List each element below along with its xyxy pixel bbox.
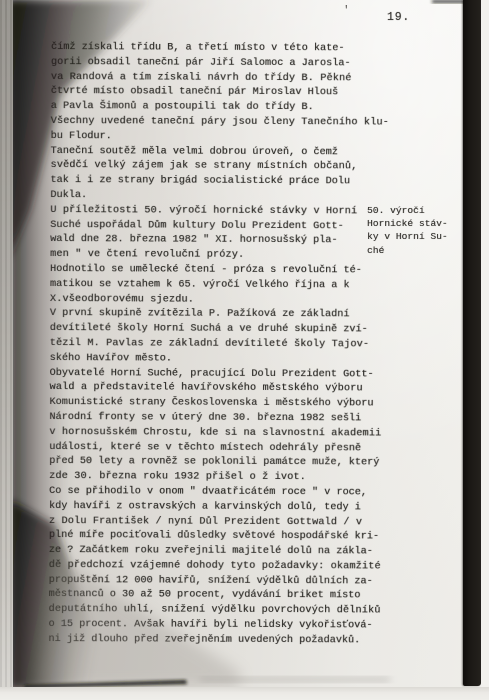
- body-text-line: ni již dlouho před zveřejněním uvedených…: [48, 633, 393, 649]
- body-text-line: V první skupině zvítězila P. Pažíková ze…: [50, 307, 395, 323]
- body-text-line: městnanců o 30 až 50 procent, vydávání b…: [49, 588, 394, 604]
- margin-note: 50. výročíHornické stáv-ky v Horní Su-ch…: [367, 204, 448, 257]
- margin-note-line: ky v Horní Su-: [367, 230, 448, 243]
- body-text-line: kdy havíři z ostravských a karvinských d…: [49, 500, 394, 516]
- body-text-line: matikou se vztahem k 65. výročí Velkého …: [50, 278, 395, 294]
- body-text-line: gorii obsadil taneční pár Jiří Salomoc a…: [51, 56, 396, 72]
- body-text-line: ze ? Začátkem roku zveřejnili majitelé d…: [49, 544, 394, 560]
- body-text-line: Národní fronty se v úterý dne 30. března…: [49, 411, 394, 427]
- body-text-line: události, které se v těchto místech odeh…: [49, 441, 394, 457]
- body-text-line: va Randová a tím získali návrh do třídy …: [51, 71, 396, 87]
- body-text-line: devítileté školy Horní Suchá a ve druhé …: [50, 322, 395, 338]
- body-text-line: Hodnotilo se umělecké čtení - próza s re…: [50, 263, 395, 279]
- margin-note-line: ché: [367, 244, 448, 257]
- body-text-line: Taneční soutěž měla velmi dobrou úroveň,…: [50, 145, 395, 161]
- body-text-line: z Dolu František / nyní Důl Prezident Go…: [49, 514, 394, 530]
- scanned-document-page: 19. čímž získali třídu B, a třetí místo …: [0, 0, 489, 700]
- body-text-line: tak i i ze strany brigád socialistické p…: [50, 174, 395, 190]
- body-text-line: Obyvatelé Horní Suché, pracující Dolu Pr…: [50, 367, 395, 383]
- body-text-line: ského Havířov město.: [50, 352, 395, 368]
- body-text-line: a Pavla Šimonů a postoupili tak do třídy…: [51, 100, 396, 116]
- body-text-line: bu Flodur.: [51, 130, 396, 146]
- scan-black-bar: [463, 0, 481, 686]
- body-text-line: Všechny uvedené taneční páry jsou členy …: [51, 115, 396, 131]
- body-text-line: deputátního uhlí, snížení výdělku povrch…: [48, 603, 393, 619]
- body-text-line: čtvrté místo obsadil taneční pár Mirosla…: [51, 85, 396, 101]
- scanner-bed-left-edge: [0, 0, 13, 687]
- body-text-line: Co se přihodilo v onom " dvaatřicátém ro…: [49, 485, 394, 501]
- body-text: čímž získali třídu B, a třetí místo v té…: [48, 41, 396, 649]
- body-text-line: wald a představitelé havířovského městsk…: [49, 381, 394, 397]
- body-text-line: zde 30. března roku 1932 přišel o ž ivot…: [49, 470, 394, 486]
- body-text-line: Komunistické strany Československa i měs…: [49, 396, 394, 412]
- scanner-bed-bottom: [0, 687, 489, 700]
- body-text-line: o 15 procent. Avšak havíři byli nelidsky…: [48, 618, 393, 634]
- body-text-line: dě předchozí vzájemné dohody tyto požada…: [49, 559, 394, 575]
- body-text-line: Suché uspořádal Dům kultury Dolu Prezide…: [50, 219, 395, 235]
- paper: 19. čímž získali třídu B, a třetí místo …: [0, 0, 481, 687]
- body-text-line: svědčí velký zájem jak se strany místníc…: [50, 159, 395, 175]
- body-text-line: plné míře pociťovali důsledky světové ho…: [49, 529, 394, 545]
- body-text-line: Dukla.: [50, 189, 395, 205]
- margin-note-line: 50. výročí: [367, 204, 448, 217]
- body-text-line: men " ve čtení revoluční prózy.: [50, 248, 395, 264]
- body-text-line: U příležitosti 50. výročí hornické stávk…: [50, 204, 395, 220]
- stray-ink-mark: ': [343, 5, 350, 17]
- body-text-line: v hornosušském Chrostu, kde si na slavno…: [49, 426, 394, 442]
- margin-note-line: Hornické stáv-: [367, 217, 448, 230]
- body-text-line: propuštění 12 000 havířů, snížení výdělk…: [49, 574, 394, 590]
- page-number: 19.: [387, 11, 410, 24]
- scanner-bed-right-edge: [481, 0, 489, 687]
- body-text-line: před 50 lety a rovněž se poklonili památ…: [49, 455, 394, 471]
- body-text-line: čímž získali třídu B, a třetí místo v té…: [51, 41, 396, 57]
- body-text-line: tězil M. Pavlas ze základní devítileté š…: [50, 337, 395, 353]
- body-text-line: wald dne 28. března 1982 " XI. hornosušs…: [50, 233, 395, 249]
- body-text-line: X.všeodborovému sjezdu.: [50, 293, 395, 309]
